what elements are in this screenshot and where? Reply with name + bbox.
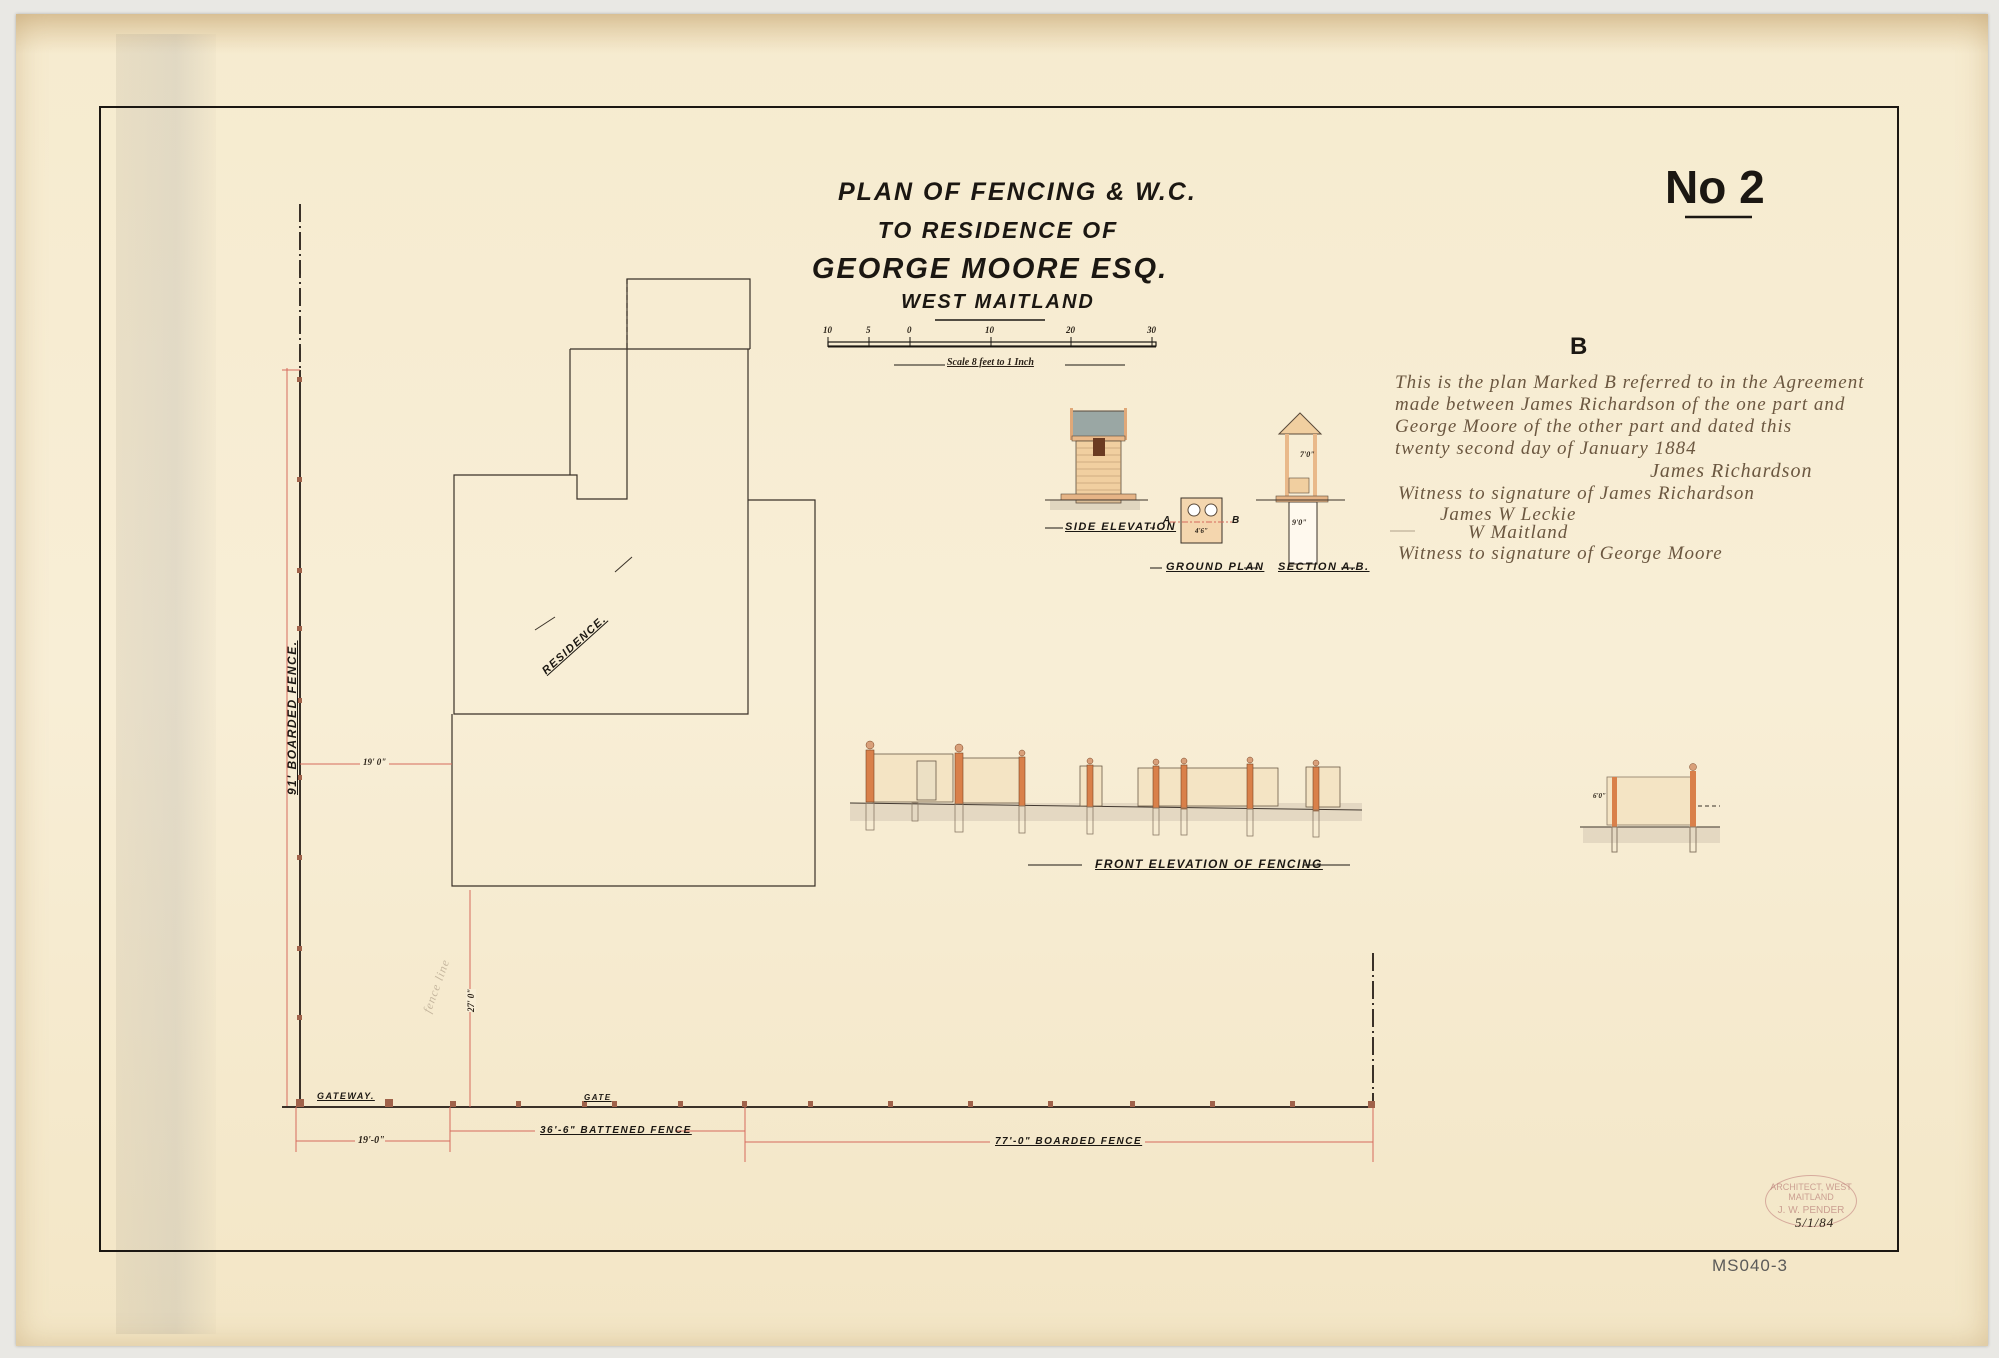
section-mark-a: A: [1163, 515, 1172, 526]
wc-side-elevation: [1045, 408, 1155, 528]
battened-fence-label: 36'-6" BATTENED FENCE: [540, 1125, 692, 1136]
stamp-date: 5/1/84: [1795, 1215, 1834, 1231]
side-fence-elevation: [1580, 764, 1720, 853]
residence-verandah: [452, 500, 815, 886]
agreement-text-line: This is the plan Marked B referred to in…: [1395, 372, 1864, 394]
wc-ground-plan: [1150, 498, 1355, 568]
gate-label: GATE: [584, 1093, 612, 1102]
title-line-4: WEST MAITLAND: [838, 291, 1158, 314]
witness-text-1: Witness to signature of James Richardson: [1398, 483, 1755, 505]
agreement-text-line: made between James Richardson of the one…: [1395, 394, 1845, 416]
scale-tick-label: 20: [1066, 325, 1075, 335]
scale-tick-label: 10: [823, 325, 832, 335]
agreement-text-line: twenty second day of January 1884: [1395, 438, 1697, 460]
ground-plan-caption: GROUND PLAN: [1166, 561, 1264, 573]
gateway-label: GATEWAY.: [317, 1091, 375, 1101]
signature-richardson: James Richardson: [1650, 460, 1812, 483]
plan-number: No 2: [1665, 160, 1765, 214]
left-fence-label: 91' BOARDED FENCE.: [285, 640, 299, 795]
scale-tick-label: 5: [866, 325, 871, 335]
dim-gateway: 19'-0": [358, 1135, 385, 1146]
dim-to-residence: 19' 0": [360, 757, 389, 767]
front-elevation-caption: FRONT ELEVATION OF FENCING: [1095, 857, 1323, 871]
scale-tick-label: 10: [985, 325, 994, 335]
witness-text-2: Witness to signature of George Moore: [1398, 543, 1723, 565]
side-elevation-caption: SIDE ELEVATION: [1065, 521, 1176, 533]
scale-caption: Scale 8 feet to 1 Inch: [947, 357, 1034, 368]
plan-dim-width: 4'6": [1195, 527, 1208, 535]
scale-tick-label: 0: [907, 325, 912, 335]
scale-tick-label: 30: [1147, 325, 1156, 335]
witness-place-1: W Maitland: [1468, 522, 1568, 544]
fence-posts: [296, 377, 1375, 1108]
section-dim-lower: 9'0": [1292, 518, 1307, 527]
front-elevation-fencing: [850, 741, 1362, 865]
wc-section-ab: [1256, 413, 1345, 564]
boarded-fence-label: 77'-0" BOARDED FENCE: [995, 1136, 1142, 1147]
title-line-1: PLAN OF FENCING & W.C.: [838, 178, 1158, 207]
agreement-mark: B: [1570, 333, 1587, 361]
site-plan: [282, 204, 1373, 1162]
section-dim-upper: 7'0": [1300, 450, 1315, 459]
stamp-text-top: ARCHITECT, WEST MAITLAND: [1766, 1182, 1856, 1202]
catalog-number: MS040-3: [1712, 1256, 1788, 1276]
section-caption: SECTION A.B.: [1278, 561, 1370, 573]
agreement-text-line: George Moore of the other part and dated…: [1395, 416, 1792, 438]
residence-rear-annex: [627, 279, 750, 349]
dim-vertical: 27' 0": [466, 989, 476, 1012]
residence-main-block: [454, 349, 750, 714]
title-line-2: TO RESIDENCE OF: [838, 217, 1158, 244]
side-fence-dim: 6'0": [1593, 792, 1606, 800]
title-line-3: GEORGE MOORE ESQ.: [810, 253, 1170, 286]
section-mark-b: B: [1232, 515, 1241, 526]
